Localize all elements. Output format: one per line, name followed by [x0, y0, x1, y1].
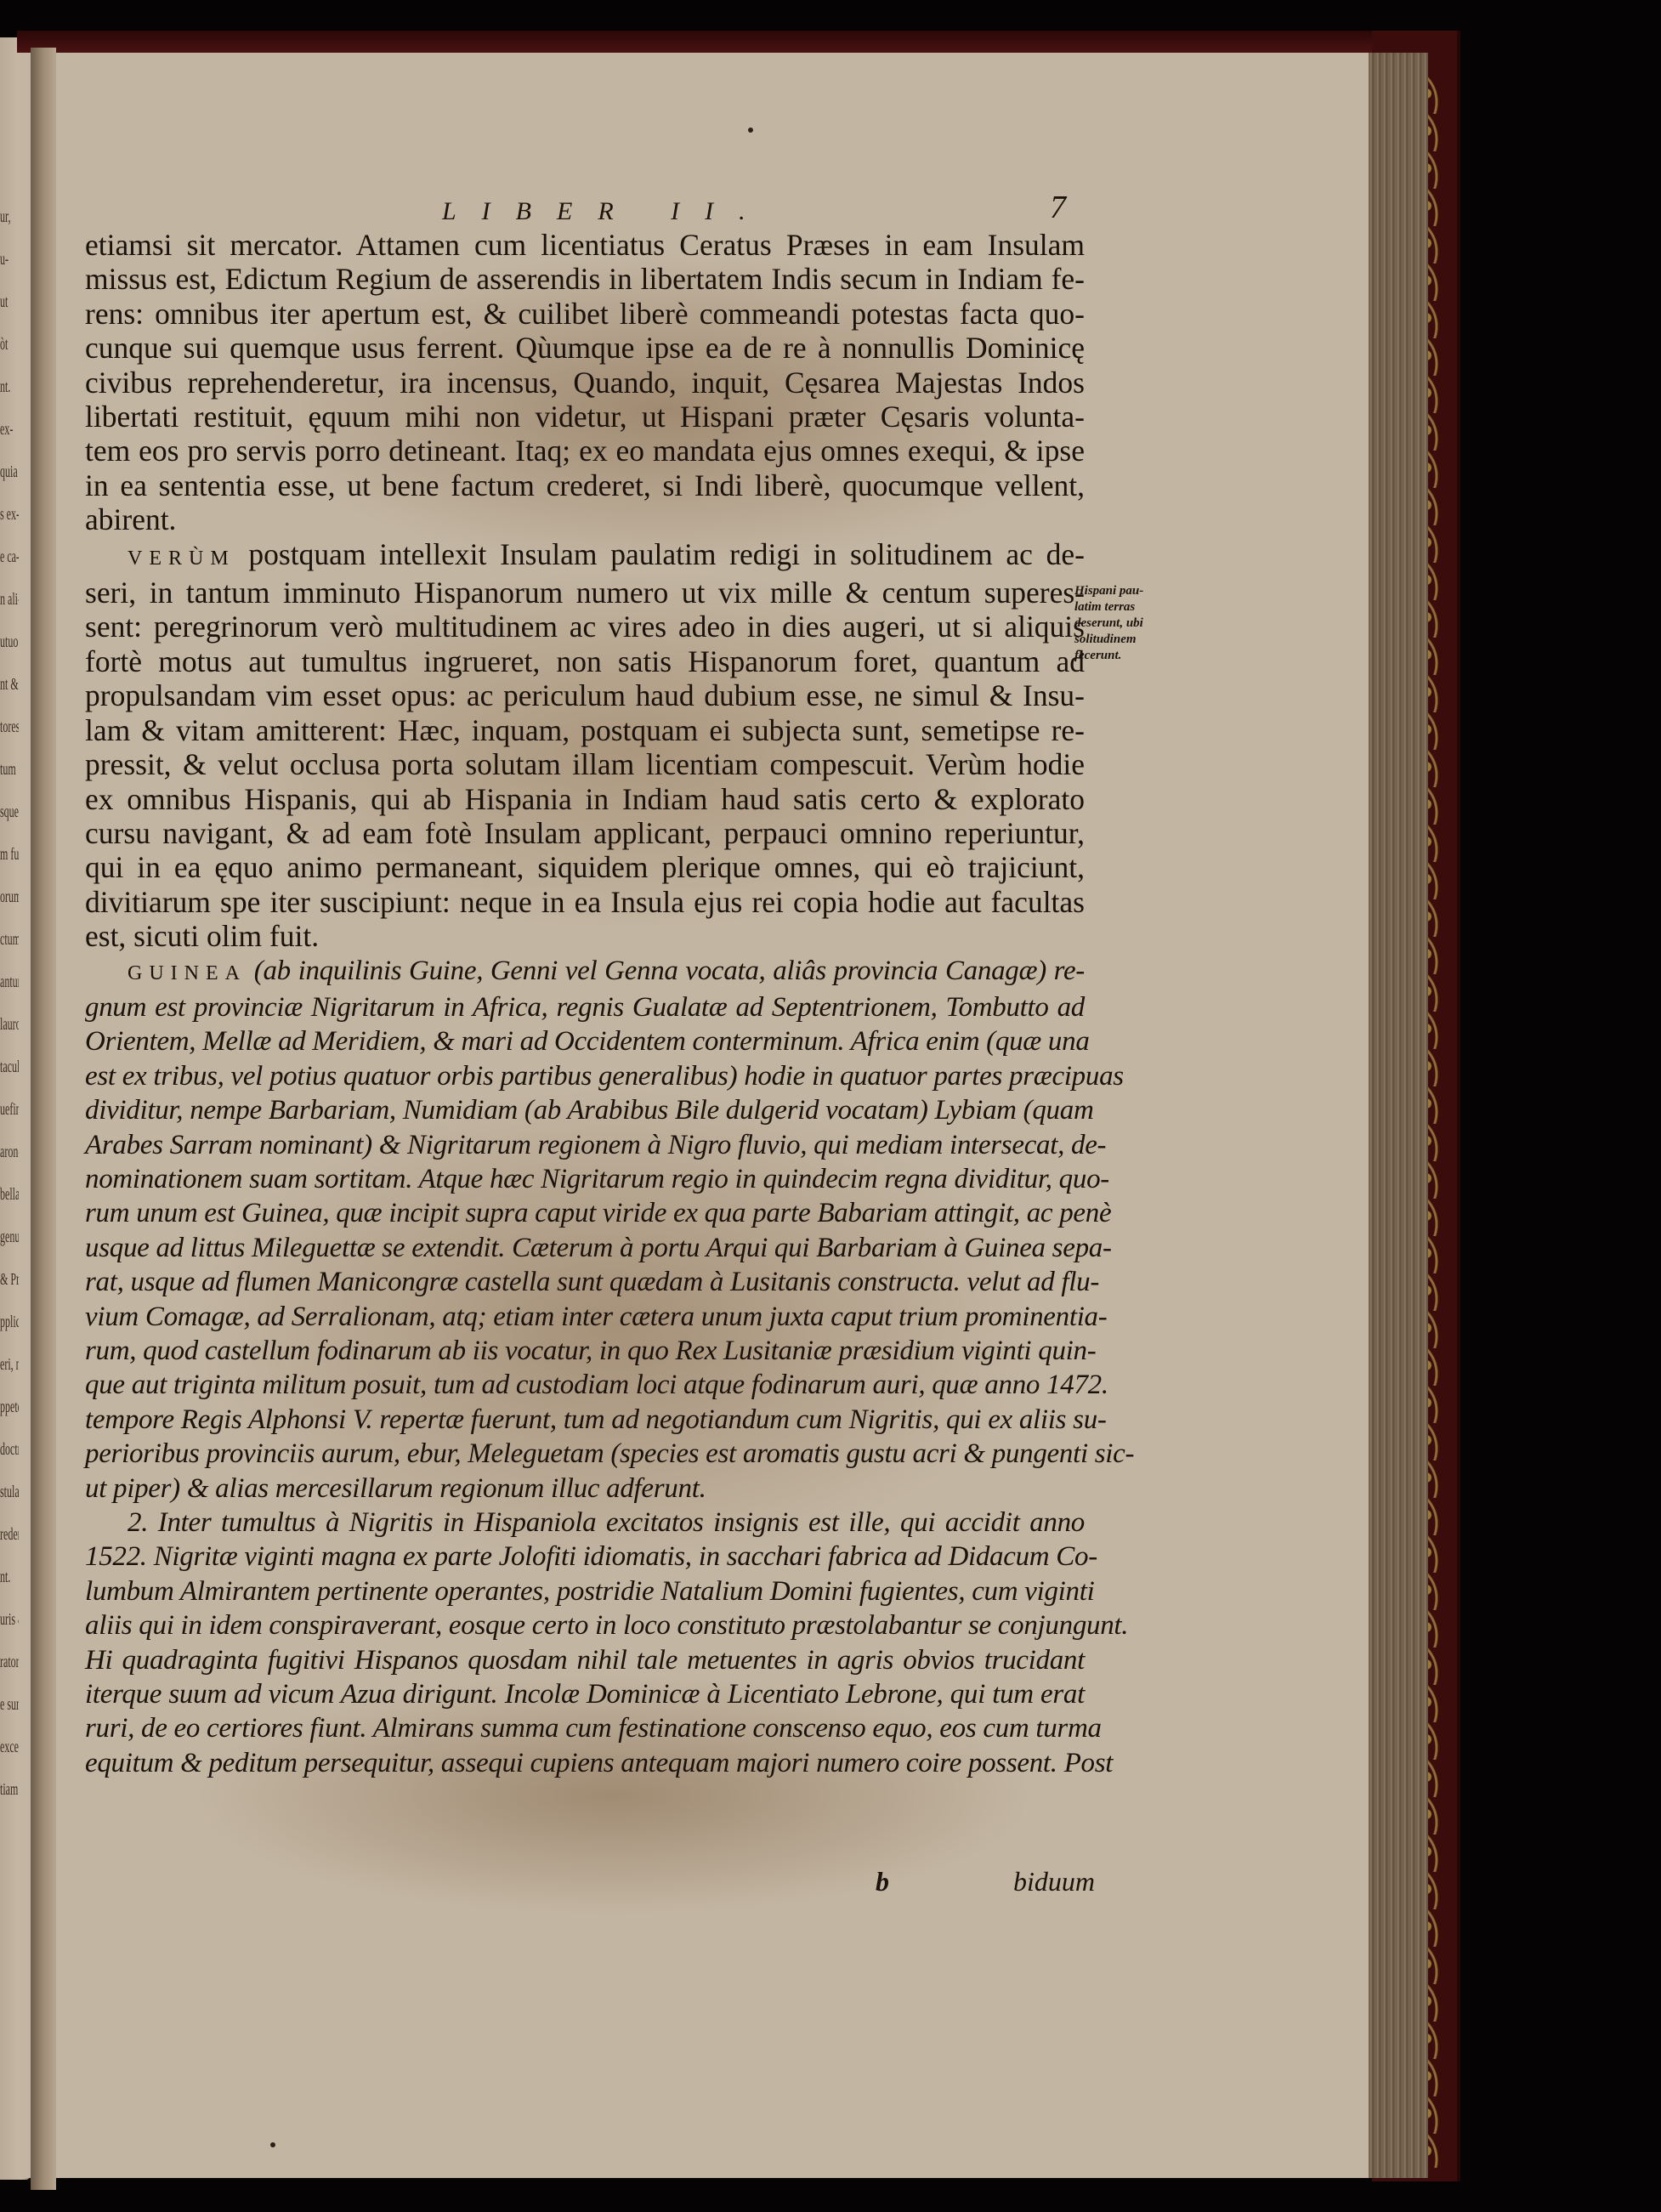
text-line: ruri, de eo certiores fiunt. Almirans su…: [85, 1711, 1085, 1745]
text-line: vium Comagæ, ad Serralionam, atq; etiam …: [85, 1300, 1085, 1334]
text-line: divitiarum spe iter suscipiunt: neque in…: [85, 885, 1085, 919]
marginal-note-line: fecerunt.: [1074, 648, 1176, 664]
signature-mark: b: [876, 1866, 889, 1897]
facing-page-fragment: ur,: [0, 207, 11, 227]
facing-page-fragment: quia: [0, 462, 18, 482]
facing-page-fragment: tum: [0, 760, 16, 780]
text-line: libertati restituit, ęquum mihi non vide…: [85, 400, 1085, 434]
text-line: est, sicuti olim fuit.: [85, 919, 1085, 953]
text-line: aliis qui in idem conspiraverant, eosque…: [85, 1608, 1085, 1642]
text-line: missus est, Edictum Regium de asserendis…: [85, 262, 1085, 296]
text-line: in ea sententia esse, ut bene factum cre…: [85, 468, 1085, 502]
text-line: Arabes Sarram nominant) & Nigritarum reg…: [85, 1128, 1085, 1162]
paragraph-1: etiamsi sit mercator. Attamen cum licent…: [85, 228, 1085, 537]
text-line: Hi quadraginta fugitivi Hispanos quosdam…: [85, 1643, 1085, 1677]
facing-page-fragment: u-: [0, 250, 9, 269]
text-line: fortè motus aut tumultus ingrueret, non …: [85, 644, 1085, 678]
text-line: rum unum est Guinea, quæ incipit supra c…: [85, 1196, 1085, 1230]
marginal-note-line: solitudinem: [1074, 632, 1176, 648]
facing-page-fragment: sque: [0, 803, 19, 822]
text-line: gnum est provinciæ Nigritarum in Africa,…: [85, 990, 1085, 1024]
facing-page-fragment: nt.: [0, 1568, 10, 1587]
binding-top-edge: [17, 31, 1457, 53]
marginal-note-line: deserunt, ubi: [1074, 615, 1176, 632]
binding-gutter: [31, 48, 56, 2190]
text-line: rum, quod castellum fodinarum ab iis voc…: [85, 1334, 1085, 1368]
text-line: cunque sui quemque usus ferrent. Qùumque…: [85, 331, 1085, 365]
text-line: usque ad littus Mileguettæ se extendit. …: [85, 1231, 1085, 1265]
facing-page-fragment: tacul: [0, 1058, 20, 1077]
paragraph-4: 2. Inter tumultus à Nigritis in Hispanio…: [85, 1506, 1085, 1780]
text-line: ex omnibus Hispanis, qui ab Hispania in …: [85, 782, 1085, 816]
page-number: 7: [1050, 189, 1066, 226]
text-line: abirent.: [85, 502, 1085, 536]
facing-page-fragment: uefin: [0, 1100, 21, 1120]
text-line: etiamsi sit mercator. Attamen cum licent…: [85, 228, 1085, 262]
facing-page-fragment: utuo: [0, 632, 18, 652]
text-line: qui in ea ęquo animo permaneant, siquide…: [85, 850, 1085, 884]
paper-speck: [748, 128, 753, 133]
running-head: LIBER II.: [442, 197, 771, 226]
catchword: biduum: [1013, 1866, 1095, 1897]
text-line: equitum & peditum persequitur, assequi c…: [85, 1746, 1085, 1780]
text-line: tempore Regis Alphonsi V. repertæ fuerun…: [85, 1403, 1085, 1437]
text-line: dividitur, nempe Barbariam, Numidiam (ab…: [85, 1093, 1085, 1127]
text-line: est ex tribus, vel potius quatuor orbis …: [85, 1059, 1085, 1093]
text-line: VERÙM postquam intellexit Insulam paulat…: [85, 537, 1085, 576]
facing-page-fragment: tores: [0, 717, 20, 737]
text-line: lam & vitam amitterent: Hæc, inquam, pos…: [85, 713, 1085, 747]
facing-page-fragment: tiam: [0, 1780, 18, 1800]
text-line: rat, usque ad flumen Manicongræ castella…: [85, 1265, 1085, 1299]
fore-edge-page-block: [1369, 53, 1428, 2178]
marginal-note-line: latim terras: [1074, 599, 1176, 615]
text-line: nominationem suam sortitam. Atque hæc Ni…: [85, 1162, 1085, 1196]
facing-page-fragment: nt &: [0, 675, 19, 695]
facing-page-fragment: nt.: [0, 377, 10, 397]
paragraph-2: VERÙM postquam intellexit Insulam paulat…: [85, 537, 1085, 954]
marginal-note-line: Hispani pau-: [1074, 583, 1176, 599]
text-line: 2. Inter tumultus à Nigritis in Hispanio…: [85, 1506, 1085, 1540]
text-line: 1522. Nigritæ viginti magna ex parte Jol…: [85, 1540, 1085, 1574]
marginal-note: Hispani pau- latim terras deserunt, ubi …: [1074, 583, 1176, 664]
text-line: iterque suum ad vicum Azua dirigunt. Inc…: [85, 1677, 1085, 1711]
text-line: cursu navigant, & ad eam fotè Insulam ap…: [85, 816, 1085, 850]
paper-speck: [270, 2142, 275, 2147]
text-line: perioribus provinciis aurum, ebur, Meleg…: [85, 1437, 1085, 1471]
text-line: Orientem, Mellæ ad Meridiem, & mari ad O…: [85, 1024, 1085, 1058]
facing-page-fragment: ctum: [0, 930, 20, 950]
text-line: pressit, & velut occlusa porta solutam i…: [85, 747, 1085, 781]
paragraph-lead-smallcaps: GUINEA: [128, 962, 247, 984]
facing-page-fragment: e ca-: [0, 547, 20, 567]
text-line: civibus reprehenderetur, ira incensus, Q…: [85, 366, 1085, 400]
paragraph-lead-smallcaps: VERÙM: [128, 547, 235, 570]
text-line: ut piper) & alias mercesillarum regionum…: [85, 1472, 1085, 1506]
text-line: GUINEA (ab inquilinis Guine, Genni vel G…: [85, 954, 1085, 990]
text-line: sent: peregrinorum verò multitudinem ac …: [85, 610, 1085, 644]
facing-page-fragment: ex-: [0, 420, 13, 440]
paragraph-3: GUINEA (ab inquilinis Guine, Genni vel G…: [85, 954, 1085, 1506]
text-line: rens: omnibus iter apertum est, & cuilib…: [85, 297, 1085, 331]
facing-page-fragment: òt: [0, 335, 8, 354]
text-line: propulsandam vim esset opus: ac periculu…: [85, 678, 1085, 712]
text-line: tem eos pro servis porro detineant. Itaq…: [85, 434, 1085, 468]
text-line: lumbum Almirantem pertinente operantes, …: [85, 1574, 1085, 1608]
facing-page-fragment: ut: [0, 292, 8, 312]
text-line: seri, in tantum imminuto Hispanorum nume…: [85, 576, 1085, 610]
text-line: que aut triginta militum posuit, tum ad …: [85, 1368, 1085, 1402]
facing-page-fragment: s ex-: [0, 505, 20, 525]
body-text: etiamsi sit mercator. Attamen cum licent…: [85, 228, 1085, 1780]
